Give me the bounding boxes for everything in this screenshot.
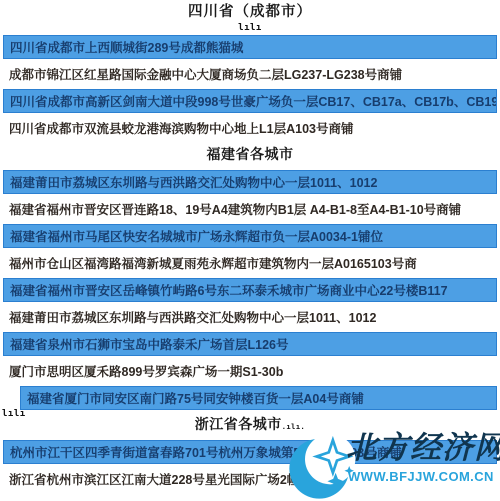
document-page: 四川省（成都市） lılı 四川省成都市上西顺城街289号成都熊猫城 成都市锦江… bbox=[0, 0, 500, 501]
image-placeholder-icon: lılı bbox=[2, 409, 26, 419]
page-title: 四川省（成都市） bbox=[0, 3, 500, 21]
sichuan-address-list: 四川省成都市上西顺城街289号成都熊猫城 成都市锦江区红星路国际金融中心大厦商场… bbox=[3, 35, 497, 140]
address-row: 杭州市江干区四季青街道富春路701号杭州万象城第B1层第B103号商铺 bbox=[3, 440, 497, 464]
address-row: 四川省成都市上西顺城街289号成都熊猫城 bbox=[3, 35, 497, 59]
image-placeholder-icon: lılı bbox=[0, 23, 500, 33]
address-row: 福建省厦门市同安区南门路75号同安钟楼百货一层A04号商铺 bbox=[20, 386, 497, 410]
address-row: 四川省成都市高新区剑南大道中段998号世豪广场负一层CB17、CB17a、CB1… bbox=[3, 89, 497, 113]
address-row: 厦门市思明区厦禾路899号罗宾森广场一期S1-30b bbox=[3, 359, 497, 383]
address-row: 成都市锦江区红星路国际金融中心大厦商场负二层LG237-LG238号商铺 bbox=[3, 62, 497, 86]
zhejiang-address-list: 杭州市江干区四季青街道富春路701号杭州万象城第B1层第B103号商铺 浙江省杭… bbox=[3, 440, 497, 491]
tiny-inline-icon: .ılı. bbox=[282, 423, 306, 431]
section-title-zhejiang: 浙江省各城市.ılı. bbox=[0, 416, 500, 433]
address-row: 浙江省杭州市滨江区江南大道228号星光国际广场2幢101铺 bbox=[3, 467, 497, 491]
address-row: 福建省泉州市石狮市宝岛中路泰禾广场首层L126号 bbox=[3, 332, 497, 356]
address-row: 四川省成都市双流县蛟龙港海滨购物中心地上L1层A103号商铺 bbox=[3, 116, 497, 140]
fujian-address-list: 福建莆田市荔城区东圳路与西洪路交汇处购物中心一层1011、1012 福建省福州市… bbox=[3, 170, 497, 410]
address-row: 福建省福州市晋安区岳峰镇竹屿路6号东二环泰禾城市广场商业中心22号楼B117 bbox=[3, 278, 497, 302]
address-row: 福建莆田市荔城区东圳路与西洪路交汇处购物中心一层1011、1012 bbox=[3, 170, 497, 194]
address-row: 福建莆田市荔城区东圳路与西洪路交汇处购物中心一层1011、1012 bbox=[3, 305, 497, 329]
section-title-fujian: 福建省各城市 bbox=[0, 146, 500, 163]
address-row: 福建省福州市马尾区快安名城城市广场永辉超市负一层A0034-1铺位 bbox=[3, 224, 497, 248]
section-title-text: 浙江省各城市 bbox=[195, 416, 282, 432]
address-row: 福建省福州市晋安区晋连路18、19号A4建筑物内B1层 A4-B1-8至A4-B… bbox=[3, 197, 497, 221]
address-row: 福州市仓山区福湾路福湾新城夏雨苑永辉超市建筑物内一层A0165103号商 bbox=[3, 251, 497, 275]
